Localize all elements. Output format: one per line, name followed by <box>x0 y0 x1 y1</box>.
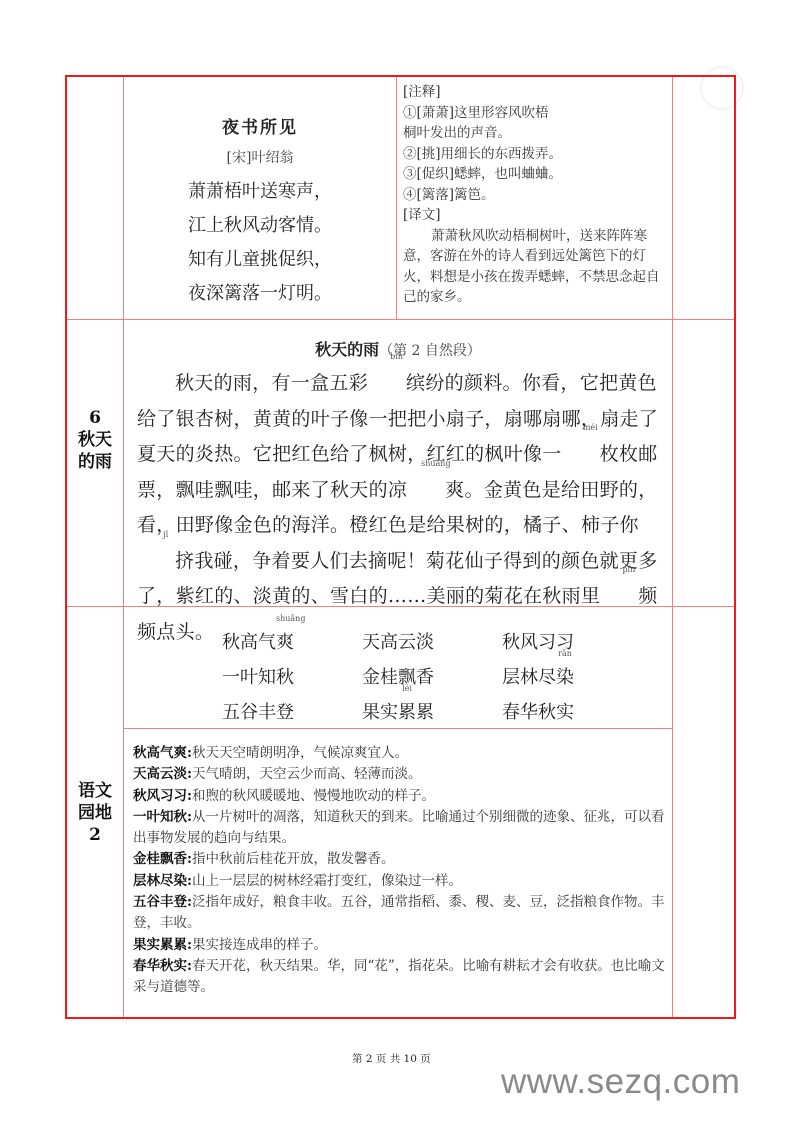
translation-heading: [译文] <box>403 205 668 226</box>
notes: [注释] ①[萧萧]这里形容风吹梧 桐叶发出的声音。 ②[挑]用细长的东西拨弄。… <box>403 82 668 308</box>
worksheet-table: 夜书所见 [宋]叶绍翁 萧萧梧叶送寒声， 江上秋风动客情。 知有儿童挑促织， 夜… <box>65 75 736 1019</box>
poem-title: 夜书所见 <box>124 113 396 138</box>
poem-line: 知有儿童挑促织， <box>124 243 396 277</box>
definition-item: 秋高气爽:秋天天空晴朗明净，气候凉爽宜人。 <box>133 743 666 764</box>
note-item: ③[促织]蟋蟀，也叫蛐蛐。 <box>403 164 668 185</box>
definition-text: 从一片树叶的凋落，知道秋天的到来。比喻通过个别细微的迹象、征兆，可以看出事物发展… <box>133 809 664 846</box>
definition-term: 一叶知秋: <box>133 809 192 825</box>
lesson-name-part: 秋天 <box>67 429 123 451</box>
pinyin: shuǎng <box>276 615 294 623</box>
idioms-cell: 秋高气爽shuǎng天高云淡秋风习习一叶知秋金桂飘香层林尽染rǎn五谷丰登果实累… <box>124 607 672 728</box>
note-item: ②[挑]用细长的东西拨弄。 <box>403 144 668 165</box>
lesson6-label: 6 秋天 的雨 <box>67 407 123 473</box>
idiom-grid: 秋高气爽shuǎng天高云淡秋风习习一叶知秋金桂飘香层林尽染rǎn五谷丰登果实累… <box>124 619 672 724</box>
poem-line: 江上秋风动客情。 <box>124 209 396 243</box>
pinyin-annotated-char: 挤jǐ <box>137 544 194 580</box>
definition-text: 春天开花，秋天结果。华，同“花”，指花朵。比喻有耕耘才会有收获。也比喻文采与道德… <box>133 958 665 995</box>
pinyin-annotated-char: 染rǎn <box>556 663 574 689</box>
poem-line: 萧萧梧叶送寒声， <box>124 175 396 209</box>
poem-lines: 萧萧梧叶送寒声， 江上秋风动客情。 知有儿童挑促织， 夜深篱落一灯明。 <box>124 175 396 311</box>
garden-label-part: 语文 <box>67 780 123 802</box>
definitions-cell: 秋高气爽:秋天天空晴朗明净，气候凉爽宜人。天高云淡:天气晴朗，天空云少而高、轻薄… <box>124 729 672 1017</box>
idiom: 一叶知秋 <box>188 663 328 689</box>
pinyin-annotated-char: 爽shuǎng <box>276 628 294 654</box>
pinyin-annotated-char: 缤bīn <box>368 366 425 402</box>
garden-label-part: 2 <box>67 824 123 846</box>
definition-term: 层林尽染: <box>133 873 192 889</box>
garden-label-part: 园地 <box>67 802 123 824</box>
notes-cell: [注释] ①[萧萧]这里形容风吹梧 桐叶发出的声音。 ②[挑]用细长的东西拨弄。… <box>397 77 672 319</box>
definition-term: 果实累累: <box>133 937 192 953</box>
idiom: 春华秋实 <box>468 698 608 724</box>
idiom: 果实累léi累 <box>328 698 468 724</box>
pinyin-annotated-char: 累léi <box>398 698 416 724</box>
idiom-row: 五谷丰登果实累léi累春华秋实 <box>124 689 672 724</box>
poem-line: 夜深篱落一灯明。 <box>124 277 396 311</box>
definition-term: 天高云淡: <box>133 766 192 782</box>
idiom-row: 一叶知秋金桂飘香层林尽染rǎn <box>124 654 672 689</box>
pinyin: léi <box>398 685 416 693</box>
pinyin: jǐ <box>137 531 194 539</box>
lesson-number: 6 <box>67 407 123 429</box>
pinyin: shuǎng <box>407 460 464 468</box>
note-item: 桐叶发出的声音。 <box>403 123 668 144</box>
pinyin: méi <box>562 424 619 432</box>
definition-text: 泛指年成好，粮食丰收。五谷，通常指稻、黍、稷、麦、豆，泛指粮食作物。丰登，丰收。 <box>133 894 664 931</box>
poem-author: [宋]叶绍翁 <box>124 147 396 167</box>
garden2-label: 语文 园地 2 <box>67 780 123 846</box>
idiom: 五谷丰登 <box>188 698 328 724</box>
pinyin-annotated-char: 爽shuǎng <box>407 473 464 509</box>
definition-term: 秋风习习: <box>133 788 192 804</box>
definition-text: 果实接连成串的样子。 <box>192 937 327 953</box>
translation-text: 萧萧秋风吹动梧桐树叶，送来阵阵寒意，客游在外的诗人看到远处篱笆下的灯火，料想是小… <box>403 226 668 308</box>
idiom: 秋高气爽shuǎng <box>188 628 328 654</box>
definition-item: 层林尽染:山上一层层的树林经霜打变红，像染过一样。 <box>133 871 666 892</box>
notes-heading: [注释] <box>403 82 668 103</box>
definition-text: 指中秋前后桂花开放，散发馨香。 <box>192 851 395 867</box>
definition-term: 金桂飘香: <box>133 851 192 867</box>
definition-item: 一叶知秋:从一片树叶的凋落，知道秋天的到来。比喻通过个别细微的迹象、征兆，可以看… <box>133 807 666 850</box>
note-item: ①[萧萧]这里形容风吹梧 <box>403 103 668 124</box>
definition-text: 和煦的秋风暖暖地、慢慢地吹动的样子。 <box>192 788 435 804</box>
idiom-definitions: 秋高气爽:秋天天空晴朗明净，气候凉爽宜人。天高云淡:天气晴朗，天空云少而高、轻薄… <box>133 743 666 999</box>
definition-item: 金桂飘香:指中秋前后桂花开放，散发馨香。 <box>133 849 666 870</box>
site-watermark: www.sezq.com <box>501 1062 740 1102</box>
definition-item: 春华秋实:春天开花，秋天结果。华，同“花”，指花朵。比喻有耕耘才会有收获。也比喻… <box>133 956 666 999</box>
pinyin: bīn <box>368 353 425 361</box>
pinyin: pín <box>600 566 657 574</box>
definition-text: 秋天天空晴朗明净，气候凉爽宜人。 <box>192 745 408 761</box>
lesson6-cell: 秋天的雨（第 2 自然段） 秋天的雨，有一盒五彩缤bīn纷的颜料。你看，它把黄色… <box>124 320 672 606</box>
definition-text: 天气晴朗，天空云少而高、轻薄而淡。 <box>192 766 422 782</box>
col-divider-right <box>672 77 673 1017</box>
definition-term: 春华秋实: <box>133 958 192 974</box>
note-item: ④[篱落]篱笆。 <box>403 185 668 206</box>
pinyin: rǎn <box>556 650 574 658</box>
definition-item: 秋风习习:和煦的秋风暖暖地、慢慢地吹动的样子。 <box>133 786 666 807</box>
idiom: 秋风习习 <box>468 628 608 654</box>
page-number: 第 2 页 共 10 页 <box>352 1051 431 1066</box>
definition-term: 秋高气爽: <box>133 745 192 761</box>
definition-item: 果实累累:果实接连成串的样子。 <box>133 935 666 956</box>
definition-text: 山上一层层的树林经霜打变红，像染过一样。 <box>192 873 462 889</box>
idiom: 天高云淡 <box>328 628 468 654</box>
definition-item: 五谷丰登:泛指年成好，粮食丰收。五谷，通常指稻、黍、稷、麦、豆，泛指粮食作物。丰… <box>133 892 666 935</box>
pinyin-annotated-char: 枚méi <box>562 437 619 473</box>
definition-term: 五谷丰登: <box>133 894 192 910</box>
definition-item: 天高云淡:天气晴朗，天空云少而高、轻薄而淡。 <box>133 764 666 785</box>
poem-cell: 夜书所见 [宋]叶绍翁 萧萧梧叶送寒声， 江上秋风动客情。 知有儿童挑促织， 夜… <box>124 77 396 319</box>
idiom-row: 秋高气爽shuǎng天高云淡秋风习习 <box>124 619 672 654</box>
lesson-name-part: 的雨 <box>67 451 123 473</box>
idiom: 层林尽染rǎn <box>468 663 608 689</box>
